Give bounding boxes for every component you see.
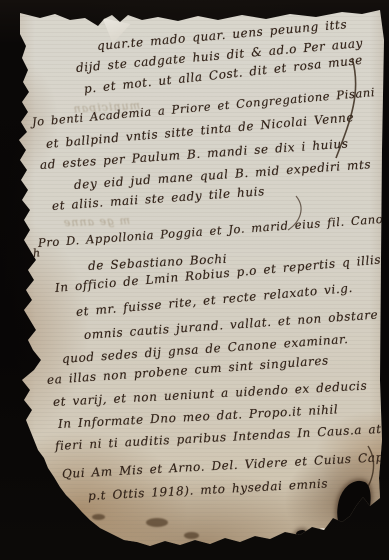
bleedthrough-text: e Darrel s [0, 199, 2, 215]
bleedthrough-text: av ledo av [0, 175, 4, 189]
manuscript-page: saora s{ Rhaderpaed moms conn my ne mma … [0, 0, 389, 560]
ink-flourishes [0, 0, 389, 560]
bleedthrough-text: aus aug ima [0, 124, 4, 139]
bleedthrough-text: ana saad aae [0, 224, 10, 239]
bleedthrough-text: an fins me [0, 147, 8, 163]
bleedthrough-text: e ave maa [0, 402, 14, 416]
paper-hole [296, 530, 307, 539]
bleedthrough-text: saora s{ [0, 41, 18, 55]
bleedthrough-text: sv seleda [0, 426, 12, 441]
manuscript-photo: saora s{ Rhaderpaed moms conn my ne mma … [0, 0, 389, 560]
bleedthrough-text: moms conn [0, 82, 14, 97]
bleedthrough-text: as ader ka [0, 251, 12, 267]
paper-curl [318, 528, 327, 539]
bleedthrough-text: Rhaderpaed [0, 59, 10, 75]
bleedthrough-text: a spand se [0, 375, 20, 391]
bleedthrough-text: my ne mma [0, 102, 8, 118]
